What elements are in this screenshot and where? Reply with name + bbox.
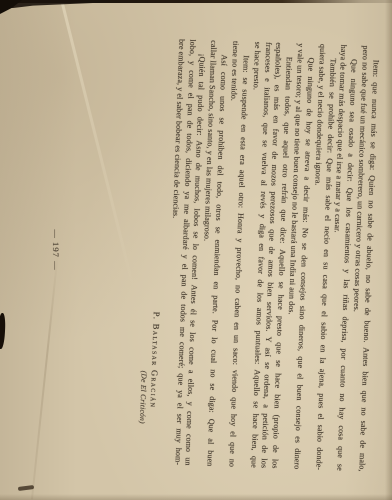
text-block: Item: que nunca más se diga: Quien no sa… [136, 38, 382, 472]
page-number: — 197 — [51, 0, 61, 500]
book-page: Item: que nunca más se diga: Quien no sa… [0, 0, 392, 500]
scanned-page-screenshot: Item: que nunca más se diga: Quien no sa… [0, 0, 392, 500]
text-lines: Item: que nunca más se diga: Quien no sa… [161, 39, 382, 472]
